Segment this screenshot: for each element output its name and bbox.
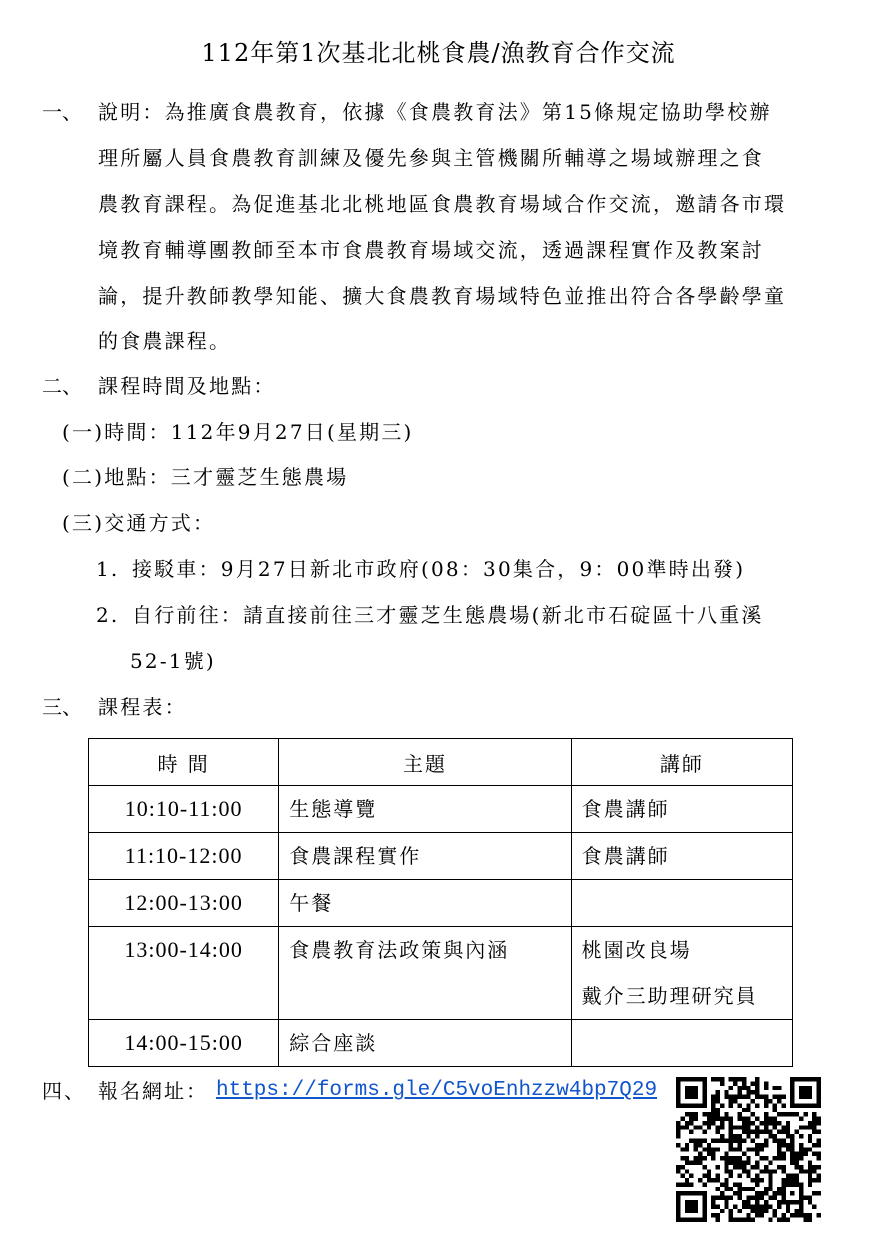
row-time: 12:00-13:00 bbox=[89, 880, 279, 927]
section-2-marker: 二、 bbox=[42, 371, 82, 401]
table-row: 12:00-13:00 午餐 bbox=[89, 880, 793, 927]
section-1-marker: 一、 bbox=[42, 97, 82, 127]
table-row: 10:10-11:00 生態導覽 食農講師 bbox=[89, 786, 793, 833]
table-row: 13:00-14:00 食農教育法政策與內涵 桃園改良場 戴介三助理研究員 bbox=[89, 927, 793, 1020]
table-header-row: 時 間 主題 講師 bbox=[89, 739, 793, 786]
section-1-line: 的食農課程。 bbox=[98, 326, 231, 356]
row-topic: 食農課程實作 bbox=[279, 833, 571, 880]
row-lecturer: 食農講師 bbox=[571, 833, 792, 880]
header-time: 時 間 bbox=[89, 739, 279, 786]
row-topic: 午餐 bbox=[279, 880, 571, 927]
section-1-line: 論，提升教師教學知能、擴大食農教育場域特色並推出符合各學齡學童 bbox=[98, 281, 786, 311]
row-topic: 食農教育法政策與內涵 bbox=[279, 927, 571, 1020]
section-3-heading: 課程表： bbox=[98, 692, 187, 722]
table-row: 14:00-15:00 綜合座談 bbox=[89, 1020, 793, 1067]
lecturer-line: 戴介三助理研究員 bbox=[582, 973, 792, 1019]
table-row: 11:10-12:00 食農課程實作 食農講師 bbox=[89, 833, 793, 880]
row-time: 14:00-15:00 bbox=[89, 1020, 279, 1067]
row-topic: 綜合座談 bbox=[279, 1020, 571, 1067]
section-4-marker: 四、 bbox=[42, 1076, 86, 1106]
section-1-line: 理所屬人員食農教育訓練及優先參與主管機關所輔導之場域辦理之食 bbox=[98, 143, 764, 173]
header-topic: 主題 bbox=[279, 739, 571, 786]
transport-item-number: 2. bbox=[96, 600, 119, 630]
section-1-line: 農教育課程。為促進基北北桃地區食農教育場域合作交流，邀請各市環 bbox=[98, 189, 786, 219]
row-topic: 生態導覽 bbox=[279, 786, 571, 833]
transport-item-number: 1. bbox=[96, 554, 119, 584]
row-lecturer: 食農講師 bbox=[571, 786, 792, 833]
section-1-line: 境教育輔導團教師至本市食農教育場域交流，透過課程實作及教案討 bbox=[98, 235, 764, 265]
row-lecturer: 桃園改良場 戴介三助理研究員 bbox=[571, 927, 792, 1020]
transport-heading: (三)交通方式： bbox=[62, 508, 215, 538]
signup-link[interactable]: https://forms.gle/C5voEnhzzw4bp7Q29 bbox=[216, 1076, 657, 1106]
transport-item-self: 自行前往：請直接前往三才靈芝生態農場(新北市石碇區十八重溪 bbox=[132, 600, 764, 630]
header-lecturer: 講師 bbox=[571, 739, 792, 786]
row-lecturer bbox=[571, 880, 792, 927]
row-time: 10:10-11:00 bbox=[89, 786, 279, 833]
row-lecturer bbox=[571, 1020, 792, 1067]
qr-code-graphic bbox=[676, 1077, 821, 1222]
transport-item-shuttle: 接駁車：9月27日新北市政府(08：30集合，9：00準時出發) bbox=[132, 554, 745, 584]
section-2-heading: 課程時間及地點： bbox=[98, 371, 276, 401]
event-time: (一)時間：112年9月27日(星期三) bbox=[62, 417, 414, 447]
lecturer-line: 桃園改良場 bbox=[582, 927, 792, 973]
qr-code-icon bbox=[676, 1077, 821, 1222]
schedule-table: 時 間 主題 講師 10:10-11:00 生態導覽 食農講師 11:10-12… bbox=[88, 738, 793, 1067]
row-time: 11:10-12:00 bbox=[89, 833, 279, 880]
event-location: (二)地點：三才靈芝生態農場 bbox=[62, 462, 348, 492]
section-3-marker: 三、 bbox=[42, 692, 82, 722]
section-1-line: 說明：為推廣食農教育，依據《食農教育法》第15條規定協助學校辦 bbox=[98, 97, 772, 127]
document-title: 112年第1次基北北桃食農/漁教育合作交流 bbox=[0, 36, 877, 70]
row-time: 13:00-14:00 bbox=[89, 927, 279, 1020]
signup-label: 報名網址： bbox=[98, 1076, 208, 1106]
transport-item-self-cont: 52-1號) bbox=[130, 646, 216, 676]
